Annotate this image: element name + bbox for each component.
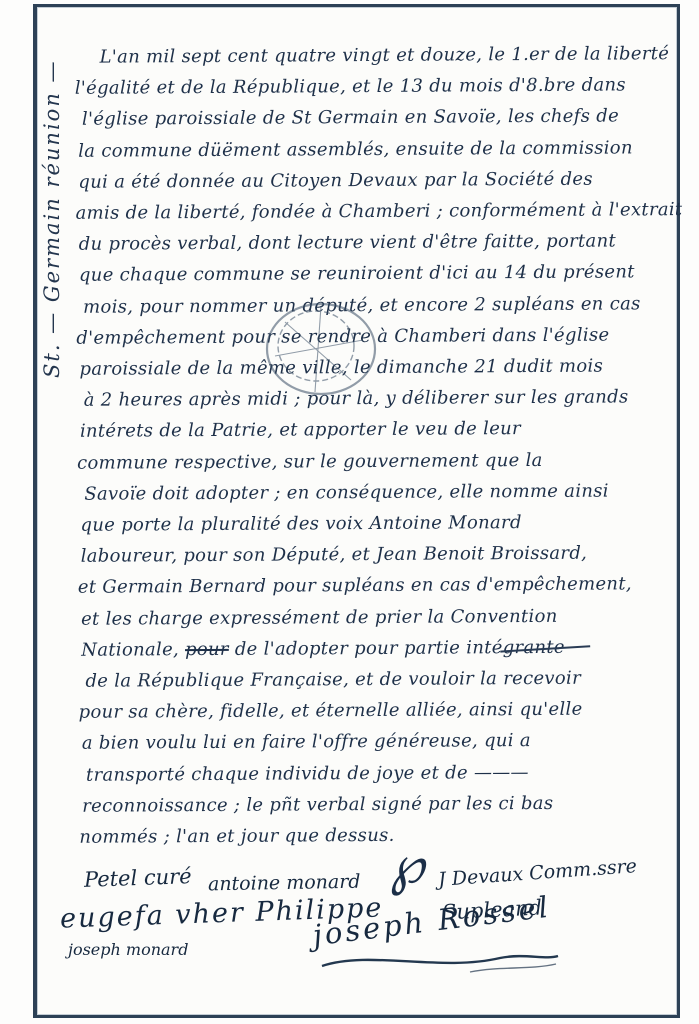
signature-underline-flourish: [320, 946, 560, 976]
manuscript-line: et les charge expressément de prier la C…: [81, 600, 661, 635]
manuscript-line: que porte la pluralité des voix Antoine …: [80, 506, 660, 541]
manuscript-line: de la République Française, et de vouloi…: [81, 662, 661, 697]
signature-petel-cure: Petel curé: [84, 864, 192, 892]
manuscript-line: pour sa chère, fidelle, et éternelle all…: [82, 693, 662, 728]
struck-word: grante: [503, 637, 565, 658]
manuscript-line: l'égalité et de la République, et le 13 …: [78, 69, 658, 104]
manuscript-line: commune respective, sur le gouvernement …: [80, 444, 660, 479]
signature-paraph-flourish: ℘: [385, 834, 427, 897]
manuscript-text-block: L'an mil sept cent quatre vingt et douze…: [78, 38, 663, 853]
manuscript-line-with-corrections: Nationale, pour de l'adopter pour partie…: [81, 631, 661, 666]
manuscript-line: intérets de la Patrie, et apporter le ve…: [80, 413, 660, 448]
line-segment: de l'adopter pour partie: [229, 637, 467, 659]
manuscript-line: la commune düëment assemblés, ensuite de…: [78, 132, 658, 167]
manuscript-line: et Germain Bernard pour supléans en cas …: [81, 569, 661, 604]
struck-word: pour: [185, 639, 229, 660]
manuscript-line: qui a été donnée au Citoyen Devaux par l…: [78, 163, 658, 198]
document-page: St. — Germain réunion — L'an mil sept ce…: [0, 0, 699, 1024]
manuscript-line: laboureur, pour son Député, et Jean Beno…: [81, 537, 661, 572]
circular-stamp: [263, 300, 379, 400]
manuscript-line: du procès verbal, dont lecture vient d'ê…: [79, 225, 659, 260]
manuscript-line: nommés ; l'an et jour que dessus.: [82, 818, 662, 853]
signature-antoine-monard: antoine monard: [208, 871, 361, 896]
manuscript-line: transporté chaque individu de joye et de…: [82, 756, 662, 791]
margin-note-vertical: St. — Germain réunion —: [40, 33, 76, 378]
manuscript-line: Savoïe doit adopter ; en conséquence, el…: [80, 475, 660, 510]
manuscript-line: L'an mil sept cent quatre vingt et douze…: [78, 38, 658, 73]
manuscript-line: l'église paroissiale de St Germain en Sa…: [78, 101, 658, 136]
manuscript-line: reconnoissance ; le pñt verbal signé par…: [82, 787, 662, 822]
line-segment: inté: [466, 637, 503, 658]
line-segment: Nationale,: [81, 639, 185, 661]
signature-joseph-monard: joseph monard: [68, 940, 188, 959]
manuscript-line: amis de la liberté, fondée à Chamberi ; …: [78, 194, 658, 229]
manuscript-line: que chaque commune se reuniroient d'ici …: [79, 257, 659, 292]
manuscript-line: a bien voulu lui en faire l'offre génére…: [82, 725, 662, 760]
